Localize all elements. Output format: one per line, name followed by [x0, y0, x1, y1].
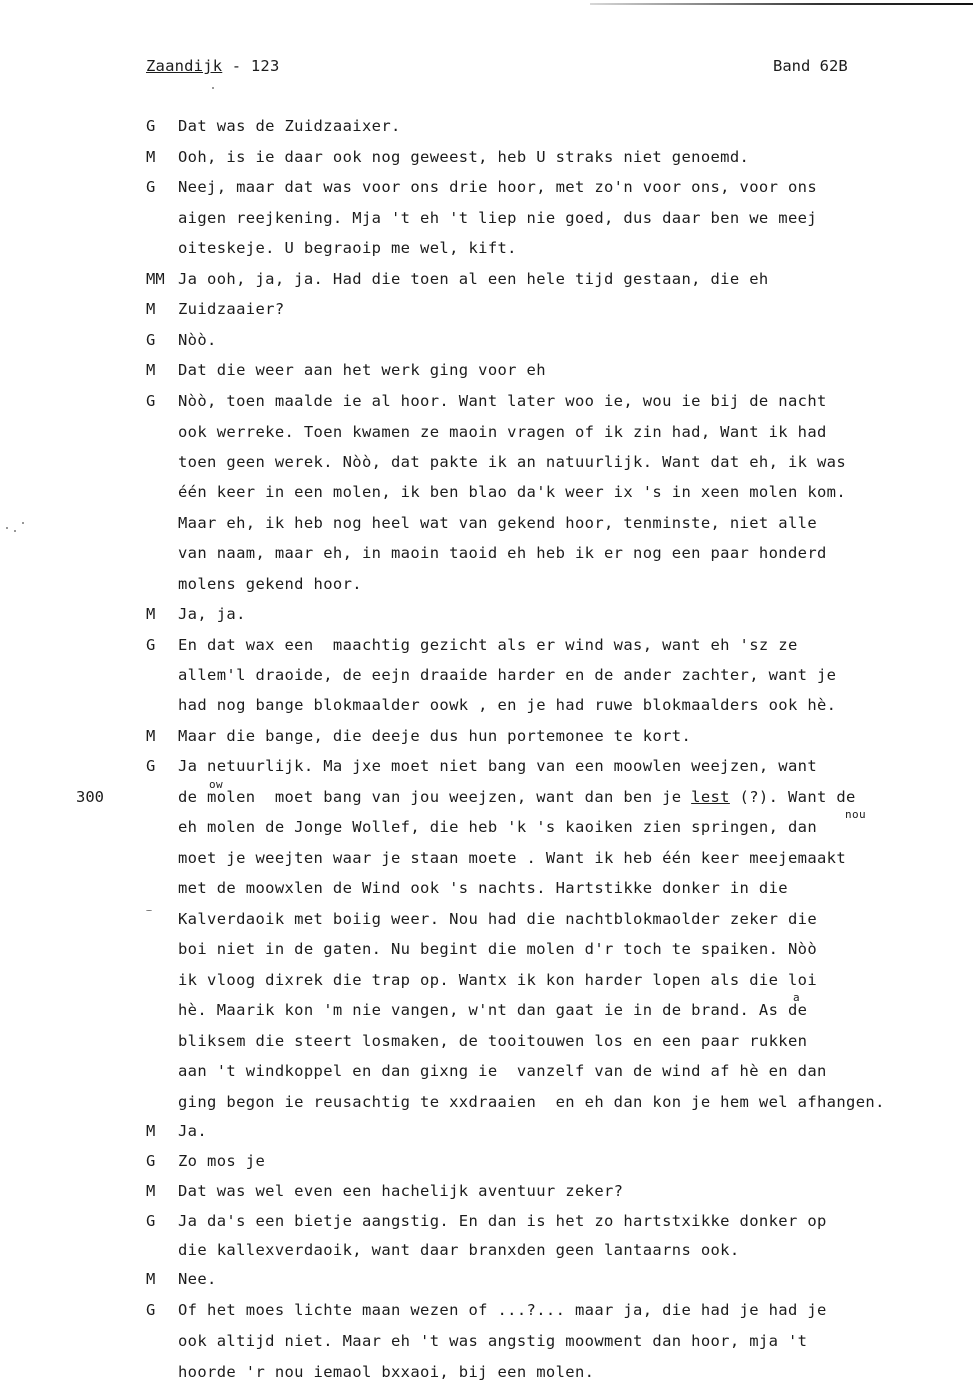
transcript-line: Dat die weer aan het werk ging voor eh — [178, 361, 546, 379]
transcript-line: Ja, ja. — [178, 605, 246, 623]
speaker-label: M — [146, 361, 170, 379]
handwritten-insertion: a — [793, 991, 800, 1004]
scan-speck — [22, 522, 24, 524]
transcript-line: boi niet in de gaten. Nu begint die mole… — [178, 940, 817, 958]
transcript-line: had nog bange blokmaalder oowk , en je h… — [178, 696, 836, 714]
transcript-line: aigen reejkening. Mja 't eh 't liep nie … — [178, 209, 817, 227]
transcript-line: Ja ooh, ja, ja. Had die toen al een hele… — [178, 270, 769, 288]
handwritten-insertion: ow — [209, 778, 223, 791]
transcript-line: toen geen werek. Nòò, dat pakte ik an na… — [178, 453, 846, 471]
transcript-line: ook werreke. Toen kwamen ze maoin vragen… — [178, 423, 827, 441]
page-header-left: Zaandijk - 123 — [146, 57, 279, 75]
scan-speck — [6, 527, 8, 529]
transcript-line: Dat was de Zuidzaaixer. — [178, 117, 401, 135]
speaker-label: M — [146, 1270, 170, 1288]
scan-speck — [212, 87, 214, 89]
tape-counter: 300 — [76, 788, 104, 806]
transcript-line: ook altijd niet. Maar eh 't was angstig … — [178, 1332, 807, 1350]
speaker-label: G — [146, 1212, 170, 1230]
speaker-label: G — [146, 757, 170, 775]
speaker-label: G — [146, 331, 170, 349]
scan-top-edge-line — [590, 3, 973, 5]
transcript-line: Kalverdaoik met boiig weer. Nou had die … — [178, 910, 817, 928]
speaker-label: M — [146, 1182, 170, 1200]
transcript-line: hè. Maarik kon 'm nie vangen, w'nt dan g… — [178, 1001, 807, 1019]
transcript-line: Ja da's een bietje aangstig. En dan is h… — [178, 1212, 827, 1230]
tape-label: Band 62B — [773, 57, 848, 75]
transcript-line: Nee. — [178, 1270, 217, 1288]
speaker-label: M — [146, 148, 170, 166]
transcript-line: Dat was wel even een hachelijk aventuur … — [178, 1182, 623, 1200]
transcript-line: Ooh, is ie daar ook nog geweest, heb U s… — [178, 148, 749, 166]
transcript-line: Zo mos je — [178, 1152, 265, 1170]
transcript-line: allem'l draoide, de eejn draaide harder … — [178, 666, 836, 684]
transcript-line: Nòò. — [178, 331, 217, 349]
transcript-line: eh molen de Jonge Wollef, die heb 'k 's … — [178, 818, 817, 836]
transcript-line: Nòò, toen maalde ie al hoor. Want later … — [178, 392, 827, 410]
transcript-line: aan 't windkoppel en dan gixng ie vanzel… — [178, 1062, 827, 1080]
speaker-label: G — [146, 392, 170, 410]
scan-speck — [146, 910, 152, 911]
transcript-line: ging begon ie reusachtig te xxdraaien en… — [178, 1093, 885, 1111]
speaker-label: M — [146, 1122, 170, 1140]
transcript-line: Zuidzaaier? — [178, 300, 285, 318]
speaker-label: M — [146, 727, 170, 745]
speaker-label: G — [146, 178, 170, 196]
speaker-label: M — [146, 300, 170, 318]
handwritten-insertion: nou — [845, 808, 866, 821]
scan-speck — [14, 530, 16, 532]
transcript-line: ik vloog dixrek die trap op. Wantx ik ko… — [178, 971, 817, 989]
transcript-line: de molen moet bang van jou weejzen, want… — [178, 788, 856, 806]
transcript-line: Of het moes lichte maan wezen of ...?...… — [178, 1301, 827, 1319]
underlined-word: lest — [691, 788, 730, 806]
transcript-line: oiteskeje. U begraoip me wel, kift. — [178, 239, 517, 257]
speaker-label: G — [146, 1301, 170, 1319]
transcript-line: Ja netuurlijk. Ma jxe moet niet bang van… — [178, 757, 817, 775]
speaker-label: MM — [146, 270, 170, 288]
speaker-label: M — [146, 605, 170, 623]
speaker-label: G — [146, 1152, 170, 1170]
transcript-line: bliksem die steert losmaken, de tooitouw… — [178, 1032, 807, 1050]
transcript-line: molens gekend hoor. — [178, 575, 362, 593]
transcript-line: één keer in een molen, ik ben blao da'k … — [178, 483, 846, 501]
header-separator: - — [222, 57, 251, 75]
transcript-line: van naam, maar eh, in maoin taoid eh heb… — [178, 544, 827, 562]
speaker-label: G — [146, 117, 170, 135]
transcript-line: En dat wax een maachtig gezicht als er w… — [178, 636, 798, 654]
transcript-line: Neej, maar dat was voor ons drie hoor, m… — [178, 178, 817, 196]
transcript-line: Ja. — [178, 1122, 207, 1140]
place-name: Zaandijk — [146, 57, 222, 75]
transcript-line: hoorde 'r nou iemaol bxxaoi, bij een mol… — [178, 1363, 594, 1381]
transcript-line: Maar eh, ik heb nog heel wat van gekend … — [178, 514, 817, 532]
transcript-line: die kallexverdaoik, want daar branxden g… — [178, 1241, 740, 1259]
transcript-line: Maar die bange, die deeje dus hun portem… — [178, 727, 691, 745]
transcript-line: moet je weejten waar je staan moete . Wa… — [178, 849, 846, 867]
speaker-label: G — [146, 636, 170, 654]
page-number: 123 — [251, 57, 280, 75]
transcript-line: met de moowxlen de Wind ook 's nachts. H… — [178, 879, 788, 897]
